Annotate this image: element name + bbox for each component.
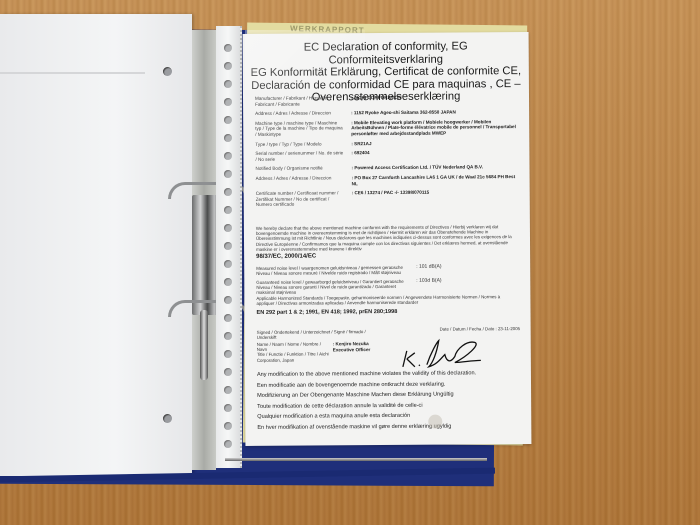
sleeve-hole [224,440,232,448]
guaranteed-noise-value: : 103d B(A) [416,279,441,284]
field-label: Address / Adres / Adresse / Direccion [256,175,344,187]
directives: 98/37/EC, 2000/14/EC [256,253,316,259]
sleeve-hole [224,260,232,268]
field-label: Manufacturer / Fabrikant / Hersteller / … [255,95,343,107]
field-value: : PO Box 27 Carnforth Lancashire LA6 1 G… [344,174,522,186]
title-line: EC Declaration of conformity, EG Conform… [249,40,523,67]
modification-note: En hver modifikation af ovenstående mask… [257,421,525,433]
field-row: Notified Body / Organisme notifié: Power… [255,164,521,171]
field-row: Address / Adres / Adresse / Direccion: 1… [255,109,521,116]
title-line: EG Konformität Erklärung, Certificat de … [249,65,523,79]
sleeve-hole [224,314,232,322]
sleeve-hole [224,296,232,304]
field-label: Type / type / Typ / Type / Modelo [255,141,343,147]
sleeve-hole [224,278,232,286]
field-row: Address / Adres / Adresse / Direccion: P… [256,174,522,187]
sleeve-hole [224,188,232,196]
faint-show-through [0,72,145,74]
guaranteed-noise: Guaranteed noise level / gewaarborgd gel… [256,278,518,295]
date-value: : 23-11-2005 [496,326,521,331]
punch-hole [163,414,172,423]
sleeve-hole [224,134,232,142]
field-value: : Mobile Elevating work platform / Mobie… [343,119,521,137]
sheet-protector-strip [216,26,242,468]
name-title-labels: Name / Naam / Nome / Nombre / Navn Title… [257,341,331,362]
date-label: Date / Datum / Fecha / Dato [440,326,495,331]
field-value: : SR21AJ [343,140,521,147]
sleeve-hole [224,404,232,412]
field-value: : AICHI CORPORATION [343,94,521,106]
field-row: Manufacturer / Fabrikant / Hersteller / … [255,94,521,107]
field-value: : CE6 / 13274 / PAC -/- 13398/070115 [344,189,522,207]
measured-noise-value: : 101 dB(A) [416,265,441,270]
left-page [0,14,192,476]
sleeve-hole [224,116,232,124]
field-row: Certificate number / Certificaat nummer … [256,189,522,208]
field-value: : 1152 Ryoke Ageo-shi Saitama 362-8550 J… [343,109,521,116]
sleeve-hole [224,422,232,430]
sleeve-hole [224,62,232,70]
sleeve-hole [224,206,232,214]
binder-bottom-rod [225,458,487,461]
field-label: Serial number / serienummer / No. de sér… [255,150,343,162]
sleeve-hole [224,170,232,178]
binder-lever[interactable] [200,310,208,380]
sleeve-hole [224,332,232,340]
field-list: Manufacturer / Fabrikant / Hersteller / … [255,94,522,212]
sleeve-hole [224,386,232,394]
title-line: Declaración de conformidad CE para maqui… [249,78,523,92]
sleeve-hole [224,350,232,358]
measured-noise: Measured noise level / waargenomen gelui… [256,264,518,276]
field-label: Address / Adres / Adresse / Direccion [255,110,343,116]
guaranteed-noise-label: Guaranteed noise level / gewaarborgd gel… [256,279,406,296]
date-block: Date / Datum / Fecha / Dato : 23-11-2005 [440,326,521,332]
signature [397,332,487,373]
sleeve-hole [224,98,232,106]
title-value: Executive Officer [333,347,371,353]
field-row: Type / type / Typ / Type / Modelo: SR21A… [255,140,521,147]
sleeve-hole [224,152,232,160]
punch-hole [163,67,172,76]
declaration-document: EC Declaration of conformity, EG Conform… [243,32,532,446]
sleeve-hole [224,242,232,250]
field-row: Serial number / serienummer / No. de sér… [255,149,521,162]
name-value: : Kenjiro Nezuka [333,341,371,347]
field-row: Machine type / machine type / Maschine t… [255,119,521,138]
paper-stain [428,415,442,429]
sleeve-hole [224,224,232,232]
title-label: Title / Functie / Funktion / Titre / Aic… [257,352,331,363]
measured-noise-label: Measured noise level / waargenomen gelui… [256,265,406,276]
name-label: Name / Naam / Nome / Nombre / Navn [257,341,331,352]
field-value: : 692404 [343,149,521,161]
sleeve-hole [224,80,232,88]
sleeve-hole [224,44,232,52]
modification-notes: Any modification to the above mentioned … [257,368,525,433]
standards-label: Applicable Harmonized Standards / Toegep… [256,294,518,306]
field-label: Certificate number / Certificaat nummer … [256,190,344,207]
field-label: Notified Body / Organisme notifié [255,166,343,172]
field-value: : Powered Access Certification Ltd. / TÜ… [343,164,521,171]
standards: EN 292 part 1 & 2; 1991, EN 418; 1992, p… [256,309,397,316]
signed-label: Signed / Ondertekend / Unterzeichnet / S… [257,329,377,340]
sleeve-hole [224,368,232,376]
field-label: Machine type / machine type / Maschine t… [255,120,343,137]
declaration-paragraph: We hereby declare that the above mention… [256,224,518,252]
name-title-values: : Kenjiro Nezuka Executive Officer [333,341,371,352]
